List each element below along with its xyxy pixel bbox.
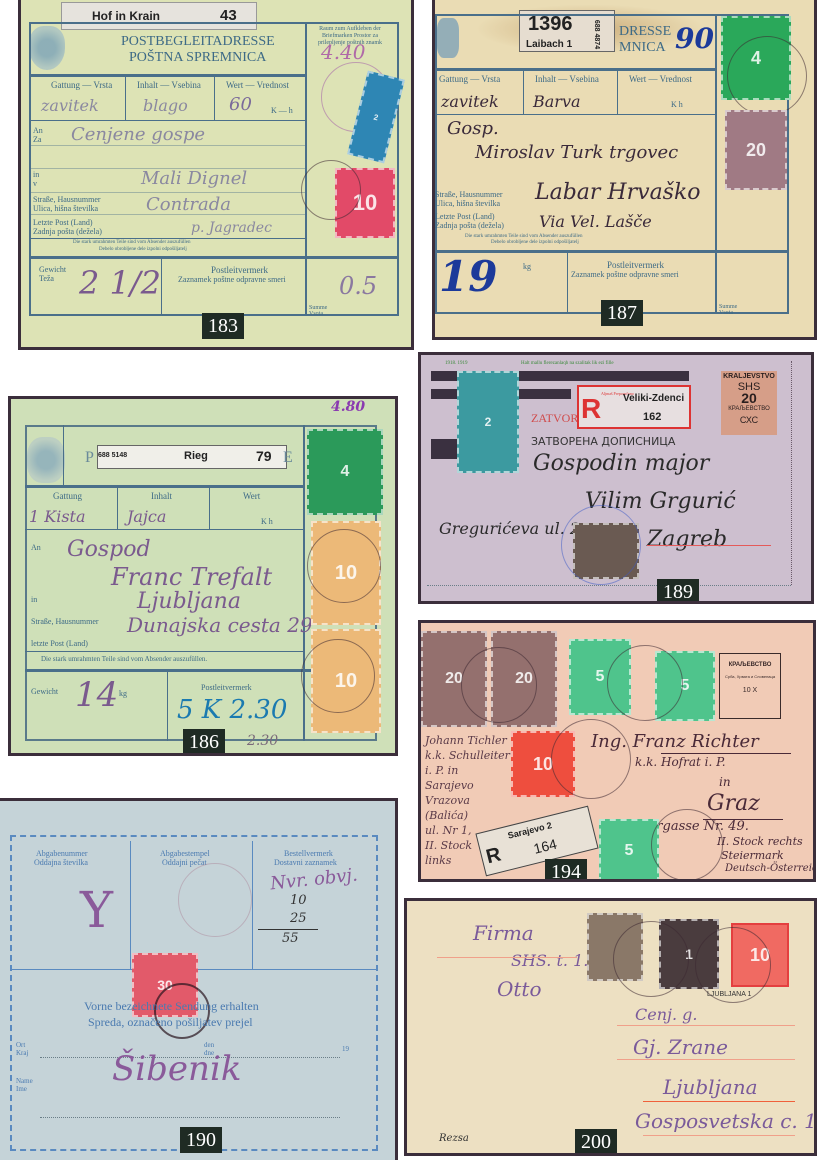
- stamp-teal-allegory: 2: [457, 371, 519, 473]
- value-type: 1 Kista: [29, 507, 86, 526]
- sender-line: SHS. t. 1.: [511, 951, 588, 970]
- postmark-sarajevo-2: [607, 645, 683, 721]
- value-type: zavitek: [441, 92, 499, 111]
- receipt-text-de: Vorne bezeichnete Sendung erhalten: [84, 999, 259, 1014]
- routing-label-de: Postleitvermerk: [211, 265, 268, 275]
- title-cyrillic: ЗАТВОРЕНА ДОПИСНИЦА: [531, 435, 675, 448]
- last-post-label: letzte Post (Land): [31, 639, 88, 648]
- postmark-faint: [178, 863, 252, 937]
- label-number: 79: [256, 448, 272, 464]
- printed-indicium: КРАЉЕВСТВО Срба, Хрвата и Словенаца 10 Х: [719, 653, 781, 719]
- sender-line: Johann Tichler: [425, 733, 510, 748]
- town: Graz: [707, 791, 760, 816]
- col-value: Wert: [243, 491, 260, 501]
- sender-note-sl: Debelo obrobljene dele izpolni odpošilja…: [99, 247, 187, 252]
- label-office: Hof in Krain: [92, 9, 160, 23]
- col-abgabenummer: Abgabenummer: [36, 849, 88, 858]
- postmark-sarajevo-4: [651, 809, 723, 881]
- item-187-parcel-card: 1396 Laibach 1 688 4874 DRESSE MNICA 90 …: [432, 0, 817, 340]
- col-type: Gattung: [53, 491, 82, 501]
- routing-label-de: Postleitvermerk: [607, 260, 664, 270]
- addressee-title: Gospodin major: [533, 451, 709, 476]
- weight-label: Gewicht: [31, 687, 58, 696]
- item-200-postcard: Firma SHS. t. 1. Otto 1 10 LJUBLJANA 1 C…: [404, 898, 817, 1156]
- signature: Šibenik: [112, 1049, 241, 1089]
- pencil-note: Rezsa: [439, 1133, 469, 1144]
- item-number-183: 183: [202, 313, 244, 339]
- sender-line: k.k. Schulleiter: [425, 748, 510, 763]
- postmark-reka-kocevska-2: [301, 639, 375, 713]
- addressee-title: Gospod: [67, 537, 151, 562]
- last-post-label-sl: Zadnja pošta (dežela): [435, 221, 504, 230]
- street-label-de: Straße, Hausnummer: [33, 195, 101, 204]
- item-194-postcard: 20 20 5 5 КРАЉЕВСТВО Срба, Хрвата и Слов…: [418, 620, 816, 882]
- col-content: Inhalt: [151, 491, 172, 501]
- k-h-units: K h: [261, 517, 273, 526]
- last-post-label-sl: Zadnja pošta (dežela): [33, 227, 102, 236]
- addressee-title: k.k. Hofrat i. P.: [635, 755, 726, 769]
- last-post-label-de: Letzte Post (Land): [33, 218, 93, 227]
- registration-office: Veliki-Zdenci: [623, 393, 684, 404]
- registration-number: 164: [532, 836, 559, 857]
- last-post: Via Vel. Lašče: [539, 212, 652, 231]
- coat-of-arms-icon: [27, 437, 65, 483]
- last-post: p. Jagradec: [191, 220, 272, 236]
- indicium-kraljevstvo: КРАЉЕВСТВО: [720, 660, 780, 670]
- col-content: Inhalt — Vsebina: [137, 80, 201, 90]
- item-number-194: 194: [545, 859, 587, 882]
- floor: II. Stock rechts: [717, 835, 803, 848]
- addressee-title: Cenj. g.: [635, 1005, 697, 1024]
- item-190-parcel-receipt: Abgabenummer Oddajna številka Abgabestem…: [0, 798, 398, 1160]
- town: Ljubljana: [663, 1075, 758, 1099]
- item-number-200: 200: [575, 1129, 617, 1155]
- postmark-2: [301, 160, 361, 220]
- label-an: An: [31, 543, 41, 552]
- registration-number: 162: [643, 411, 661, 423]
- label-ort: Ort: [16, 1041, 25, 1049]
- postmark-reka-kocevska: [307, 529, 381, 603]
- last-post-label-de: Letzte Post (Land): [435, 212, 495, 221]
- weight-label-sl: Teža: [39, 274, 54, 283]
- item-186-parcel-card: 4.80 P 688 5148 Rieg 79 E Gattung Inhalt…: [8, 396, 398, 756]
- stamp-green-chainbreaker-5-3: 5: [599, 819, 659, 882]
- sender-line: Sarajevo: [425, 778, 510, 793]
- heading-fragment-2: E: [283, 449, 293, 467]
- label-in: in: [33, 170, 39, 179]
- col-bestellvermerk: Bestellvermerk: [284, 849, 333, 858]
- label-in: in: [719, 775, 731, 789]
- col-abgabestempel: Abgabestempel: [160, 849, 210, 858]
- town: Labar Hrvaško: [535, 180, 701, 205]
- label-name: Name: [16, 1077, 33, 1085]
- fee-note-2: 2.30: [247, 733, 278, 749]
- sender-line: Otto: [497, 977, 542, 1001]
- perforation-right: [791, 361, 792, 585]
- addressee-title: Gosp.: [447, 118, 499, 139]
- addressee: Cenjene gospe: [71, 124, 205, 145]
- routing-label-sl: Zaznamek poštne odpravne smeri: [571, 270, 679, 279]
- col-dostavni-zaznamek: Dostavni zaznamek: [274, 858, 337, 867]
- calc-line: 25: [290, 911, 307, 926]
- header-small-left: 1918. 1919: [445, 361, 468, 366]
- item-number-189: 189: [657, 579, 699, 604]
- sender-line: (Balića): [425, 808, 510, 823]
- weight-unit: kg: [119, 689, 127, 698]
- item-number-190: 190: [180, 1127, 222, 1153]
- indicium-value: 10 Х: [720, 686, 780, 696]
- street: Dunajska cesta 29: [127, 613, 313, 637]
- item-number-187: 187: [601, 300, 643, 326]
- label-ime: Ime: [16, 1085, 27, 1093]
- street-label: Straße, Hausnummer: [31, 617, 99, 626]
- printed-indicium: KRALJEVSTVO SHS 20 КРАЉЕВСТВО СХС: [721, 371, 777, 435]
- country: Deutsch-Österreich: [725, 863, 816, 874]
- stamp-green-austria: 4: [307, 429, 383, 515]
- label-year: 19: [342, 1045, 349, 1053]
- item-189-letter-card: 1918. 1919 Halt mallu flerezanlaqh na sz…: [418, 352, 814, 604]
- addressee-name: Ing. Franz Richter: [591, 731, 759, 752]
- label-den: den: [204, 1041, 214, 1049]
- handwritten-fee: 4.80: [331, 399, 365, 415]
- registration-r: R: [581, 393, 601, 425]
- postmark-text: LJUBLJANA 1: [707, 991, 751, 998]
- weight-value: 2 1/2: [79, 264, 161, 302]
- heading-fragment: P: [85, 449, 94, 467]
- street-label-sl: Ulica, hišna številka: [435, 199, 500, 208]
- postmark: [727, 36, 807, 116]
- handwritten-fee: 4.40: [321, 40, 366, 64]
- street: Contrada: [146, 194, 231, 215]
- col-value: Wert — Vrednost: [226, 80, 289, 90]
- postmark-ljubljana: [613, 921, 689, 997]
- label-side-number: 688 5148: [98, 452, 127, 459]
- calc-line: 55: [282, 931, 299, 946]
- sender-note-sl: Debelo obrobljene dele izpolni odpošilja…: [491, 240, 579, 245]
- sum-label-sl: Vsota: [309, 311, 323, 317]
- street: Gosposvetska c. 10: [635, 1109, 817, 1133]
- postmark-sarajevo: [461, 647, 537, 723]
- routing-label-sl: Zaznamek poštne odpravne smeri: [178, 275, 286, 284]
- value-content: Jajca: [127, 507, 166, 526]
- col-oddajna-stevilka: Oddajna številka: [34, 858, 88, 867]
- col-type: Gattung — Vrsta: [51, 80, 112, 90]
- street-label-sl: Ulica, hišna številka: [33, 204, 98, 213]
- label-za: Za: [33, 135, 41, 144]
- town: Ljubljana: [137, 589, 241, 614]
- title-latin: ZATVOR: [531, 411, 578, 426]
- col-value: Wert — Vrednost: [629, 74, 692, 84]
- col-content: Inhalt — Vsebina: [535, 74, 599, 84]
- sender-note: Die stark umrahmten Teile sind vom Absen…: [41, 655, 207, 663]
- fee-note: 5 K 2.30: [177, 695, 287, 725]
- value-value: 60: [229, 94, 252, 115]
- value-type: zavitek: [41, 96, 99, 115]
- weight-label-de: Gewicht: [39, 265, 66, 274]
- col-type: Gattung — Vrsta: [439, 74, 500, 84]
- fee-note: 0.5: [339, 272, 377, 300]
- town: Mali Dignel: [141, 168, 247, 189]
- addressee-name: Gj. Zrane: [633, 1035, 728, 1059]
- indicium-cyrillic: КРАЉЕВСТВО: [721, 404, 777, 415]
- indicium-cxc: СХС: [721, 415, 777, 426]
- street-label-de: Straße, Hausnummer: [435, 190, 503, 199]
- value-content: blago: [143, 96, 188, 115]
- addressee-name: Franc Trefalt: [111, 563, 272, 591]
- k-h-units: K — h: [271, 106, 293, 115]
- registration-r: R: [484, 844, 504, 870]
- town: Zagreb: [647, 527, 727, 552]
- label-kraj: Kraj: [16, 1049, 28, 1057]
- calc-line: 10: [290, 893, 307, 908]
- label-v: v: [33, 179, 37, 188]
- value-content: Barva: [533, 92, 581, 111]
- label-an: An: [33, 126, 43, 135]
- receipt-text-sl: Spreda, označeno pošiljatev prejel: [88, 1015, 253, 1030]
- sender-note-de: Die stark umrahmten Teile sind vom Absen…: [465, 234, 582, 239]
- handwritten-mark: Y: [80, 881, 113, 939]
- street: Gregurićeva ul. 2: [439, 519, 580, 538]
- region: Steiermark: [721, 849, 784, 862]
- parcel-label: 688 5148 Rieg 79: [97, 445, 287, 469]
- sum-label-sl: Vsota: [719, 310, 733, 316]
- item-number-186: 186: [183, 729, 225, 755]
- routing-label: Postleitvermerk: [201, 683, 252, 692]
- weight-value: 14: [75, 675, 118, 715]
- label-office: Rieg: [184, 450, 208, 462]
- indicium-value: 20: [721, 393, 777, 404]
- weight-value: 19: [439, 252, 497, 301]
- registration-label: R Aljmaš Preporučeno Veliki-Zdenci 162: [577, 385, 691, 429]
- postmark: [561, 505, 641, 585]
- k-h-units: K h: [671, 100, 683, 109]
- stamp-purple-chainbreaker: 20: [725, 110, 787, 190]
- sender-line: Firma: [473, 921, 534, 945]
- sender-line: i. P. in: [425, 763, 510, 778]
- label-in: in: [31, 595, 37, 604]
- item-183-parcel-card: Hof in Krain 43 POSTBEGLEITADRESSE POŠTN…: [18, 0, 414, 350]
- weight-unit: kg: [523, 262, 531, 271]
- sender-note-de: Die stark umrahmten Teile sind vom Absen…: [73, 240, 190, 245]
- addressee-name: Miroslav Turk trgovec: [475, 142, 678, 163]
- header-small: Halt mallu flerezanlaqh na szalitak lik …: [521, 361, 614, 366]
- indicium-sub: Срба, Хрвата и Словенаца: [722, 674, 778, 680]
- sender-line: Vrazova: [425, 793, 510, 808]
